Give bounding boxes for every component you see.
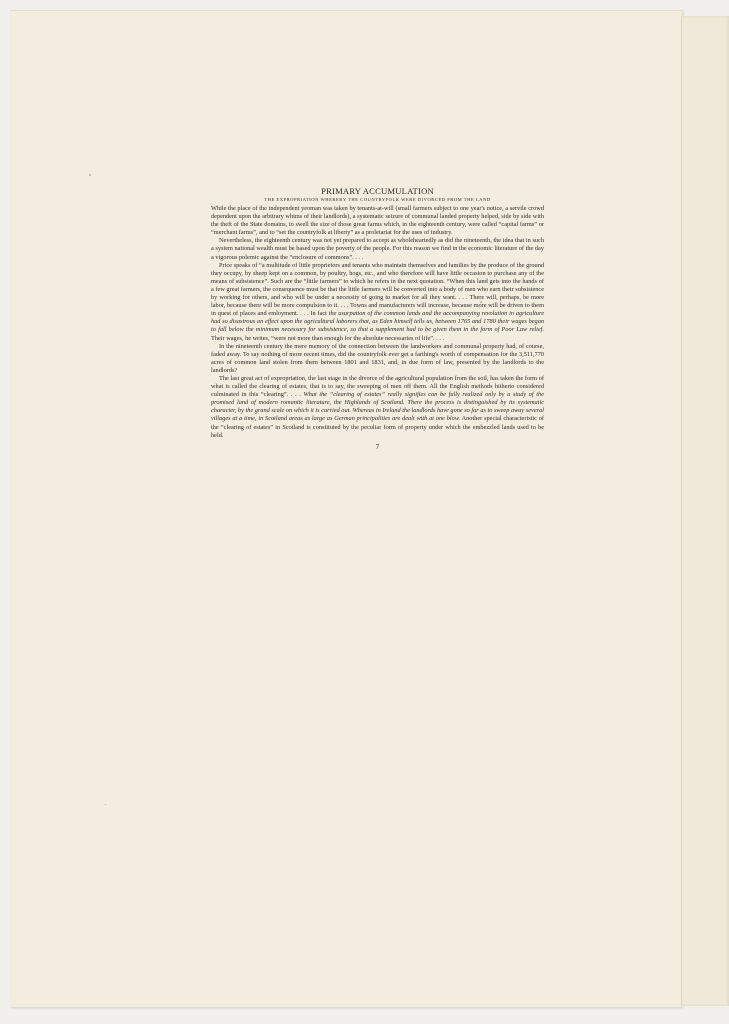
paragraph-3: Price speaks of “a multitude of little p…	[211, 262, 544, 343]
right-page-edge	[681, 16, 729, 1006]
paragraph-4: In the nineteenth century the mere memor…	[211, 343, 544, 375]
page-number: 7	[211, 443, 544, 451]
paper-speck	[89, 174, 91, 176]
paper-speck	[105, 804, 106, 805]
paragraph-5: The last great act of expropriation, the…	[211, 375, 544, 440]
page-subtitle: THE EXPROPRIATION WHEREBY THE COUNTRYFOL…	[211, 196, 544, 204]
paragraph-1: While the place of the independent yeoma…	[211, 205, 544, 237]
paragraph-3-roman-1: Price speaks of “a multitude of little p…	[211, 262, 544, 318]
paragraph-2: Nevertheless, the eighteenth century was…	[211, 237, 544, 261]
left-page	[10, 10, 682, 1007]
text-block: PRIMARY ACCUMULATION THE EXPROPRIATION W…	[211, 186, 544, 451]
page-title: PRIMARY ACCUMULATION	[211, 186, 544, 196]
